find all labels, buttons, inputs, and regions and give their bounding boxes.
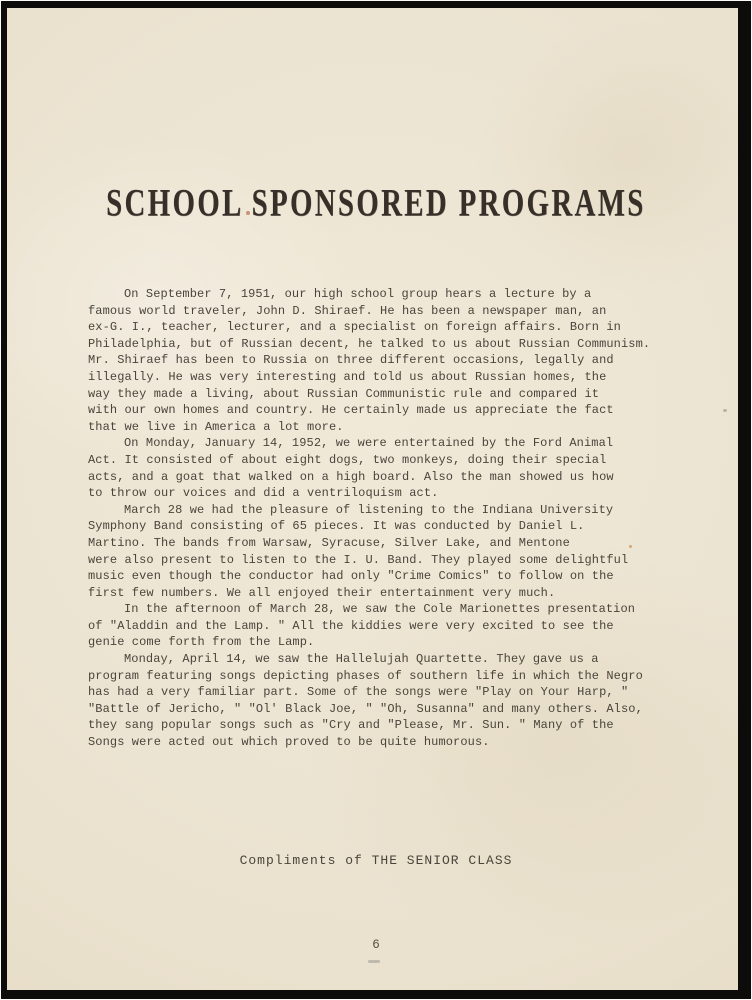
compliments-line: Compliments of THE SENIOR CLASS [0, 853, 752, 868]
body-text: On September 7, 1951, our high school gr… [88, 286, 678, 751]
page-number: 6 [0, 938, 752, 952]
paragraph-hallelujah-quartette: Monday, April 14, we saw the Hallelujah … [88, 651, 678, 751]
paragraph-ford-animal-act: On Monday, January 14, 1952, we were ent… [88, 435, 678, 501]
paragraph-symphony-band: March 28 we had the pleasure of listenin… [88, 502, 678, 602]
paragraph-marionettes: In the afternoon of March 28, we saw the… [88, 601, 678, 651]
scanned-page: SCHOOL SPONSORED PROGRAMS On September 7… [0, 0, 752, 1000]
page-title-text: SCHOOL SPONSORED PROGRAMS [106, 181, 646, 227]
paragraph-lecture: On September 7, 1951, our high school gr… [88, 286, 678, 435]
page-title: SCHOOL SPONSORED PROGRAMS [0, 182, 752, 225]
